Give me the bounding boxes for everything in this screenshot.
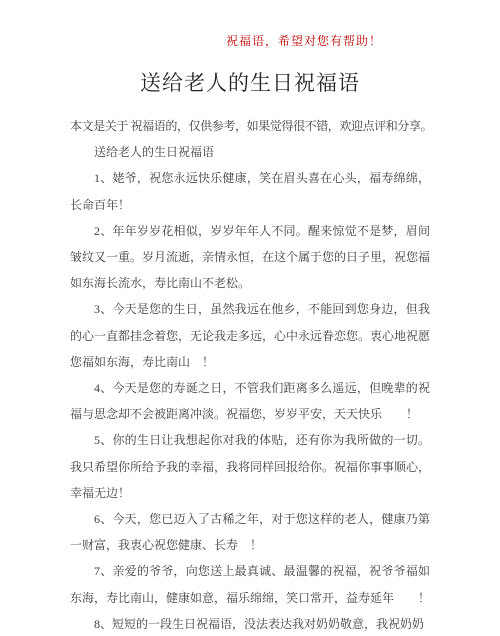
wish-list: 1、姥爷，祝您永远快乐健康，笑在眉头喜在心头，福寿绵绵，长命百年！2、年年岁岁花… [70, 165, 430, 636]
wish-item: 6、今天，您已迈入了古稀之年，对于您这样的老人，健康乃第一财富，我衷心祝您健康、… [70, 506, 430, 558]
document-page: 祝福语，希望对您有帮助！ 送给老人的生日祝福语 本文是关于 祝福语的，仅供参考，… [0, 0, 500, 636]
page-title: 送给老人的生日祝福语 [0, 69, 500, 97]
subtitle-paragraph: 送给老人的生日祝福语 [70, 139, 430, 165]
header-note: 祝福语，希望对您有帮助！ [0, 0, 500, 48]
wish-item: 4、今天是您的寿诞之日，不管我们距离多么遥远，但晚辈的祝福与思念却不会被距离冲淡… [70, 375, 430, 427]
document-body: 本文是关于 祝福语的，仅供参考，如果觉得很不错，欢迎点评和分享。 送给老人的生日… [70, 113, 430, 636]
wish-item: 5、你的生日让我想起你对我的体贴，还有你为我所做的一切。我只希望你所给予我的幸福… [70, 427, 430, 506]
wish-item: 1、姥爷，祝您永远快乐健康，笑在眉头喜在心头，福寿绵绵，长命百年！ [70, 165, 430, 217]
wish-item: 8、短短的一段生日祝福语，没法表达我对奶奶敬意，我祝奶奶 [70, 611, 430, 636]
wish-item: 2、年年岁岁花相似，岁岁年年人不同。醒来惊觉不是梦，眉间皱纹又一重。岁月流逝，亲… [70, 218, 430, 297]
intro-paragraph: 本文是关于 祝福语的，仅供参考，如果觉得很不错，欢迎点评和分享。 [70, 113, 430, 139]
wish-item: 7、亲爱的爷爷，向您送上最真诚、最温馨的祝福，祝爷爷福如东海，寿比南山，健康如意… [70, 558, 430, 610]
wish-item: 3、今天是您的生日，虽然我远在他乡，不能回到您身边，但我的心一直都挂念着您，无论… [70, 296, 430, 375]
